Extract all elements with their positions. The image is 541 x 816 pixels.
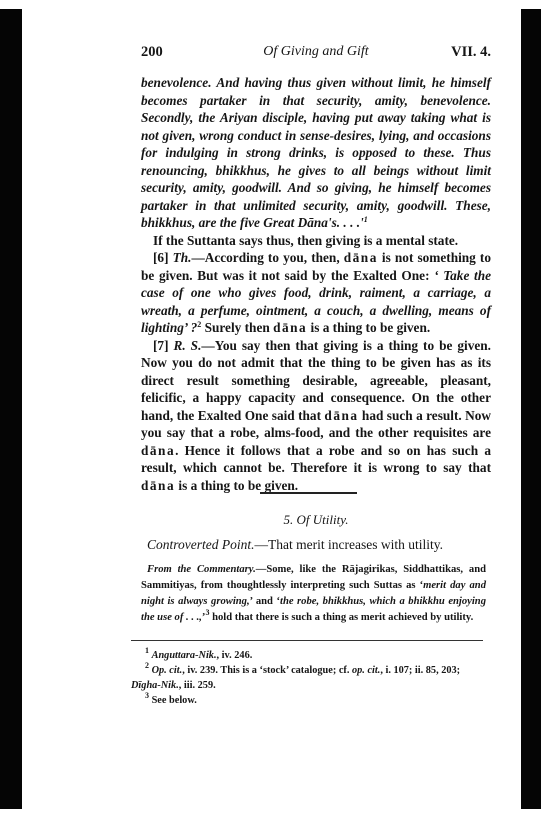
- footnote-1: 1 Anguttara-Nik., iv. 246.: [131, 648, 491, 663]
- commentary-paragraph: From the Commentary.—Some, like the Rāja…: [141, 562, 486, 626]
- pali-term: dāna: [344, 250, 378, 265]
- citation: Dīgha-Nik.: [131, 680, 179, 691]
- scan-border-left: [0, 9, 22, 809]
- text: , iv. 246.: [217, 650, 253, 661]
- footnote-2: 2 Op. cit., iv. 239. This is a ‘stock’ c…: [131, 663, 491, 693]
- running-head: 200 Of Giving and Gift VII. 4.: [141, 44, 491, 62]
- text: , iv. 239. This is a ‘stock’ catalogue; …: [182, 665, 352, 676]
- text: hold that there is such a thing as merit…: [209, 612, 473, 623]
- citation: op. cit.: [352, 665, 380, 676]
- text: Surely then: [201, 320, 273, 335]
- text: See below.: [152, 695, 197, 706]
- conclusion-paragraph: If the Suttanta says thus, then giving i…: [141, 232, 491, 250]
- footnote-divider: [131, 640, 483, 641]
- speaker-label: Th.: [173, 250, 192, 265]
- controverted-label: Controverted Point.: [147, 537, 255, 552]
- pali-term: dāna: [141, 443, 175, 458]
- text: is a thing to be given.: [307, 320, 430, 335]
- pali-term: dāna: [141, 478, 175, 493]
- controverted-text: —That merit increases with utility.: [255, 537, 443, 552]
- pali-term: dāna: [273, 320, 307, 335]
- text: ’ and ‘: [250, 596, 280, 607]
- text: is a thing to be given.: [175, 478, 298, 493]
- paragraph-7: [7] R. S.—You say then that giving is a …: [141, 337, 491, 495]
- commentary: From the Commentary.—Some, like the Rāja…: [141, 562, 486, 626]
- scan-border-right: [521, 9, 541, 809]
- text: . Hence it follows that a robe and so on…: [141, 443, 491, 476]
- quote-text: benevolence. And having thus given witho…: [141, 75, 491, 230]
- commentary-label: From the Commentary.: [147, 564, 256, 575]
- citation: Anguttara-Nik.: [152, 650, 217, 661]
- footnote-number: 1: [145, 646, 149, 655]
- section-heading: 5. Of Utility.: [141, 512, 491, 528]
- text: , iii. 259.: [179, 680, 216, 691]
- footnote-number: 2: [145, 661, 149, 670]
- paragraph-6: [6] Th.—According to you, then, dāna is …: [141, 249, 491, 337]
- controverted-point: Controverted Point.—That merit increases…: [141, 537, 491, 553]
- section-reference: VII. 4.: [451, 44, 491, 61]
- pali-term: dāna: [324, 408, 358, 423]
- footnotes: 1 Anguttara-Nik., iv. 246. 2 Op. cit., i…: [131, 648, 491, 708]
- paragraph-marker: [6]: [153, 250, 169, 265]
- section-divider: [260, 492, 357, 494]
- speaker-label: R. S.: [174, 338, 202, 353]
- citation: Op. cit.: [152, 665, 183, 676]
- footnote-3: 3 See below.: [131, 693, 491, 708]
- footnote-number: 3: [145, 691, 149, 700]
- paragraph-marker: [7]: [153, 338, 169, 353]
- text: —According to you, then,: [191, 250, 343, 265]
- footnote-marker: 1: [364, 215, 368, 224]
- running-title: Of Giving and Gift: [141, 44, 491, 60]
- text: , i. 107; ii. 85, 203;: [380, 665, 460, 676]
- quote-continuation: benevolence. And having thus given witho…: [141, 74, 491, 232]
- body-text: benevolence. And having thus given witho…: [141, 74, 491, 494]
